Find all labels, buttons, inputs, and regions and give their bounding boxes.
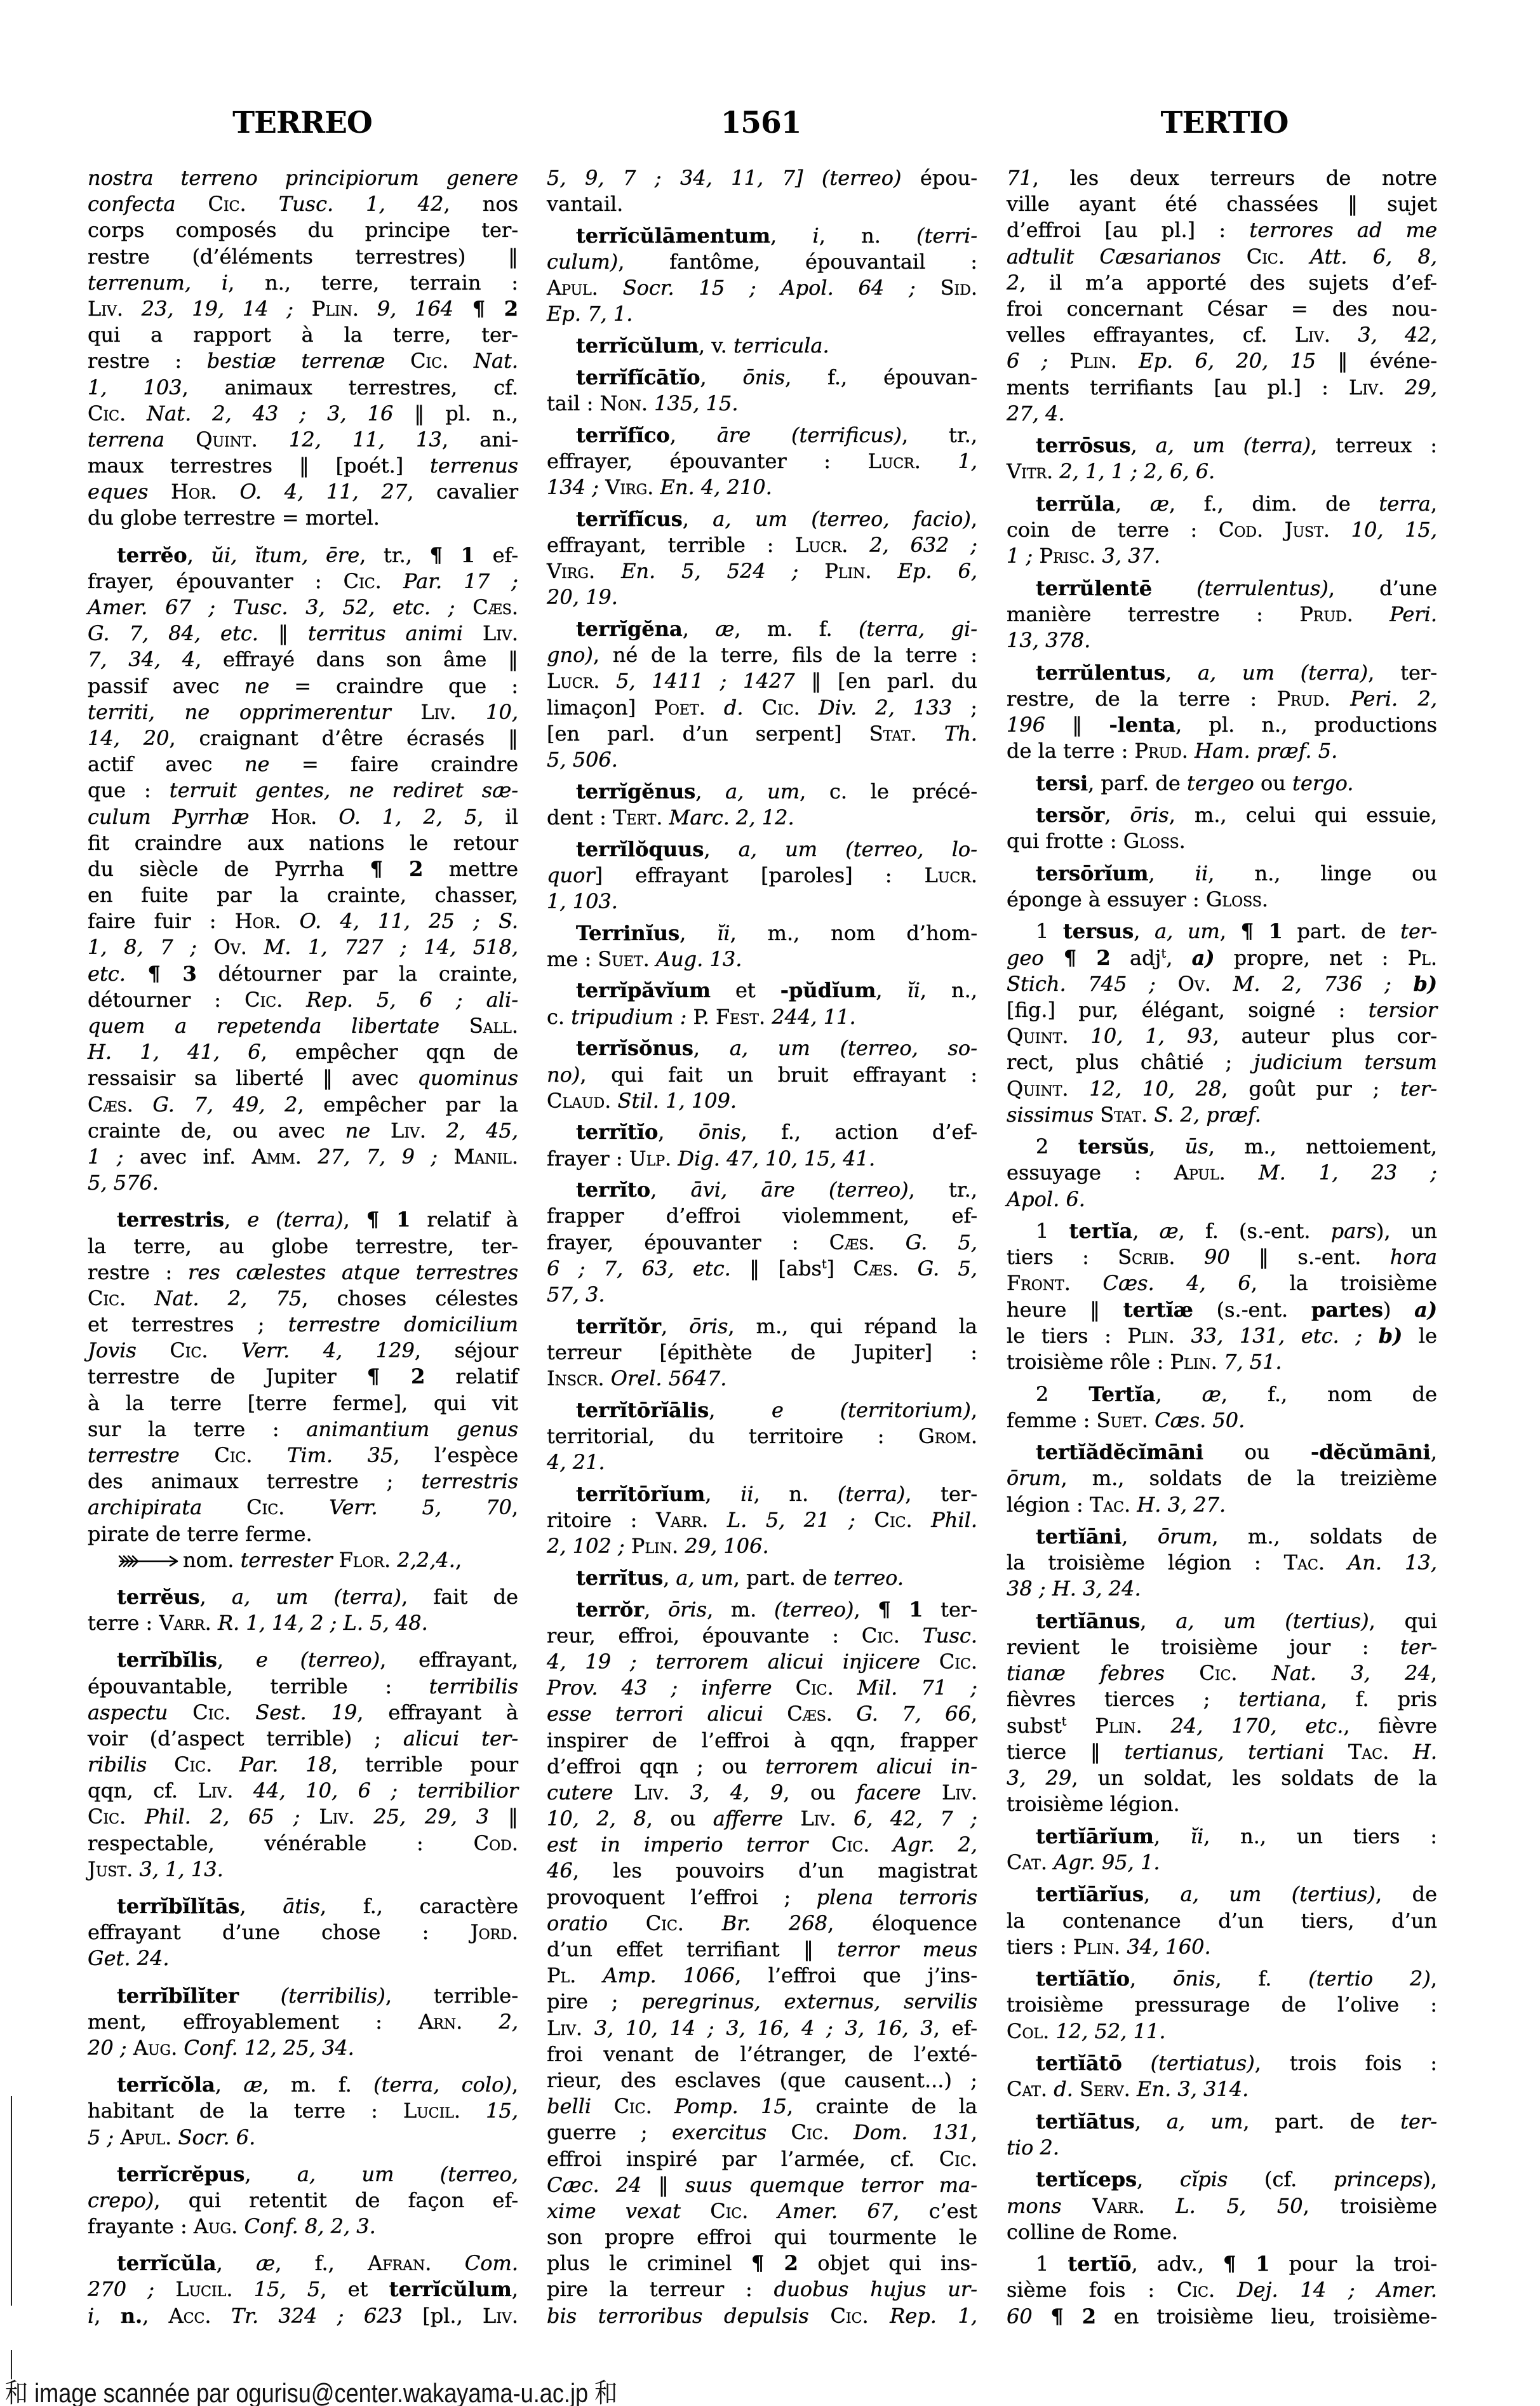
headword: terrĭbĭlis [117,1648,217,1672]
text-run: subst [1007,1714,1062,1738]
italic-run: a, um (terreo, [297,2162,518,2186]
italic-run: a, um (terreo, so- [730,1036,977,1060]
italic-run: tio 2. [1007,2135,1059,2160]
text-line: effroi inspiré par l’armée, cf. Cic. [547,2146,977,2172]
text-line: provoquent l’effroi ; plena terroris [547,1885,977,1911]
text-run [175,192,208,216]
headword: tersŭs [1078,1134,1149,1159]
text-run [803,166,821,190]
text-run: , terrible- [385,1984,518,2008]
text-run: ter- [923,1597,978,1622]
text-run: restre, de la terre : [1007,687,1277,711]
text-run [748,2199,777,2223]
italic-run: tergeo [1187,771,1254,795]
author-abbrev: Varr. [159,1611,211,1635]
dictionary-entry: tertĭădĕcĭmāni ou -dĕcŭmāni,ōrum, m., so… [1007,1439,1437,1518]
author-abbrev: Apul. [120,2125,171,2149]
text-line: 1, 103, animaux terrestres, cf. [88,375,518,401]
text-run: tiers : [1007,1245,1118,1269]
text-run: frapper d’effroi violemment, ef- [547,1204,977,1228]
text-run [233,2277,254,2301]
text-run [1330,687,1350,711]
italic-run: cĭpis [1180,2167,1228,2191]
text-run: froi concernant César = des nou- [1007,297,1437,321]
text-run [1156,972,1178,996]
italic-run: æ [1150,492,1169,516]
scan-edge-line [11,2096,12,2306]
text-run [1330,323,1358,347]
text-run: le [1402,1324,1437,1348]
italic-run: 10, [486,700,518,724]
italic-run: Nat. 2, 43 ; 3, 16 [147,401,393,426]
italic-run: 135, 15. [654,391,738,415]
text-line: Just. 3, 1, 13. [88,1857,518,1883]
text-run: , m., qui répand la [728,1314,977,1338]
italic-run: Socr. 6. [178,2125,256,2149]
text-line: tertĭădĕcĭmāni ou -dĕcŭmāni, [1007,1439,1437,1465]
text-run [354,1805,373,1829]
text-line: Vitr. 2, 1, 1 ; 2, 6, 6. [1007,459,1437,485]
author-abbrev: Suet. [1097,1408,1148,1432]
text-line: terrĭbĭlĭtās, ātis, f., caractère [88,1893,518,1919]
text-run: fièvres tierces ; [1007,1687,1239,1711]
text-run: femme : [1007,1408,1097,1432]
italic-run: 90 [1204,1245,1230,1269]
text-run: , v. [699,333,733,358]
text-run [1211,972,1233,996]
text-run [1130,1493,1137,1517]
italic-run: Dej. 14 ; Amer. [1237,2278,1437,2302]
text-run: pirate de terre ferme. [88,1522,312,1546]
text-line: 60 ¶ 2 en troisième lieu, troisième- [1007,2304,1437,2330]
italic-run: tertianus, tertiani [1125,1740,1325,1764]
sense-marker: ¶ 1 [878,1597,923,1622]
text-line: crepo), qui retentit de façon ef- [88,2188,518,2214]
text-run: des animaux terrestre ; [88,1469,421,1493]
text-line: tertĭātō (tertiatus), trois fois : [1007,2050,1437,2076]
text-line: Cic. Nat. 2, 43 ; 3, 16 ‖ pl. n., [88,401,518,427]
dictionary-column-2: 5, 9, 7 ; 34, 11, 7] (terreo) épou-vanta… [547,165,977,2329]
text-line: 196 ‖ -lenta, pl. n., productions [1007,712,1437,738]
text-line: quor] effrayant [paroles] : Lucr. [547,863,977,889]
italic-run: pars [1331,1219,1376,1243]
text-run [613,1780,634,1805]
text-run [391,1548,397,1572]
italic-run: O. 4, 11, 25 ; S. [300,909,518,933]
text-run [708,1508,727,1532]
italic-run: ōnis [743,365,786,389]
headword: terrĕo [117,543,187,567]
text-run: , pl. n., productions [1175,713,1437,737]
text-line: 7, 34, 4, effrayé dans son âme ‖ [88,647,518,673]
author-abbrev: Amm. [252,1145,302,1169]
text-line: qui a rapport à la terre, ter- [88,322,518,348]
text-line: esse terrori alicui Cæs. G. 7, 66, [547,1701,977,1727]
dictionary-entry: 1 tersus, a, um, ¶ 1 part. de ter-geo ¶ … [1007,918,1437,1128]
text-line: cutere Liv. 3, 4, 9, ou facere Liv. [547,1780,977,1806]
headword: tersōrĭum [1036,861,1149,885]
text-run: ou [1254,771,1292,795]
text-run [913,1508,932,1532]
italic-run: ōnis [699,1120,741,1144]
text-run [1117,349,1139,373]
headword: terrĭfĭcus [576,507,683,531]
text-run [1391,972,1414,996]
text-run: en troisième lieu, troisième- [1096,2304,1437,2329]
text-line: ritoire : Varr. L. 5, 21 ; Cic. Phil. [547,1507,977,1533]
text-run: , c’est [893,2199,977,2223]
headword: tertĭātĭo [1036,1966,1130,1991]
italic-run: M. 1, 727 ; 14, 518, [264,935,518,959]
text-run [233,1778,253,1803]
italic-run: Par. 17 ; [403,569,518,593]
text-line: épouvantable, terrible : terribilis [88,1674,518,1700]
text-run [669,1780,690,1805]
text-run: ef- [475,543,518,567]
italic-run: 6 ; 7, 63, etc. [547,1256,731,1280]
text-line: colline de Rome. [1007,2219,1437,2245]
author-abbrev: Claud. [547,1089,611,1113]
italic-run: adtulit Cæsarianos [1007,245,1221,269]
text-run [438,1145,453,1169]
text-run: qqn, cf. [88,1778,198,1803]
text-run [605,1366,611,1390]
italic-run: a, um (terra) [1156,433,1311,457]
dictionary-entry: 2 Tertĭa, æ, f., nom defemme : Suet. Cæs… [1007,1381,1437,1434]
text-run: qui frotte : [1007,829,1123,853]
text-run: colline de Rome. [1007,2220,1178,2244]
italic-run: 270 ; [88,2277,154,2301]
italic-run: 244, 11. [772,1005,855,1029]
text-run: , tr., [909,1178,977,1202]
author-abbrev: Arn. [418,2010,462,2034]
text-run [921,1780,942,1805]
text-run: , [854,1597,878,1622]
italic-run: 5, 1411 ; 1427 [616,669,794,693]
headword: terrĭcŭlum [576,333,699,358]
text-run [1120,1935,1127,1959]
text-run: ‖ événe- [1316,349,1437,373]
author-abbrev: Prud. [1277,687,1330,711]
text-run: heure ‖ [1007,1298,1123,1322]
text-run: [fig.] pur, élégant, soigné : [1007,998,1369,1022]
text-run: plus le criminel [547,2251,751,2275]
bold-run: -lenta [1109,713,1175,737]
dictionary-entry: tertĭāni, ōrum, m., soldats dela troisiè… [1007,1524,1437,1603]
text-line: tertĭārĭus, a, um (tertius), de [1007,1881,1437,1907]
italic-run: e (territorium) [772,1398,971,1422]
text-run [147,1752,174,1777]
dictionary-entry: terrĭgĕnus, a, um, c. le précé-dent : Te… [547,779,977,831]
text-run [855,1508,874,1532]
italic-run: crepo) [88,2188,154,2212]
sense-marker: ¶ 2 [1044,946,1111,970]
text-line: 1 ; Prisc. 3, 37. [1007,543,1437,569]
text-run [208,1338,241,1362]
text-run: , éloquence [827,1911,977,1935]
author-abbrev: Grom. [918,1424,977,1448]
italic-run: 9, 164 [377,297,453,321]
text-line: Virg. En. 5, 524 ; Plin. Ep. 6, [547,558,977,584]
text-run: ‖ [abs [731,1256,822,1280]
dictionary-entry: terrĭto, āvi, āre (terreo), tr.,frapper … [547,1177,977,1308]
author-abbrev: Cic. [939,1650,977,1674]
text-run [1069,1077,1090,1101]
text-run [671,1146,678,1171]
italic-run: terreo. [834,1566,904,1590]
italic-run: Jovis [88,1338,137,1362]
text-line: rect, plus châtié ; judicium tersum [1007,1049,1437,1075]
italic-run: cutere [547,1780,613,1805]
italic-run: Ep. 6, [898,559,977,583]
author-abbrev: Liv. [319,1805,354,1829]
italic-run: En. 4, 210. [660,475,772,499]
text-run: la terre, au globe terrestre, ter- [88,1234,518,1258]
text-run: , f., épouvan- [785,365,977,389]
text-line: Cic. Phil. 2, 65 ; Liv. 25, 29, 3 ‖ [88,1804,518,1830]
italic-run: R. 1, 14, 2 ; L. 5, 48. [218,1611,428,1635]
text-line: d’effroi qqn ; ou terrorem alicui in- [547,1754,977,1780]
text-line: femme : Suet. Cæs. 50. [1007,1408,1437,1434]
italic-run: 1, 103 [88,375,182,400]
author-abbrev: Liv. [198,1778,233,1803]
text-run [431,2251,464,2275]
italic-run: Amer. 67 ; Tusc. 3, 52, etc. ; [88,595,455,619]
text-line: terrŭla, æ, f., dim. de terra, [1007,491,1437,517]
text-run [1148,1408,1155,1432]
author-abbrev: Cic. [214,1443,252,1467]
text-run: , empêcher qqn de [261,1040,518,1064]
dictionary-entry: tersōrĭum, ii, n., linge ouéponge à essu… [1007,861,1437,913]
italic-run: Cæs. 50. [1155,1408,1245,1432]
text-line: i, n., Acc. Tr. 324 ; 623 [pl., Liv. [88,2303,518,2329]
text-run: , [680,921,717,945]
text-run: 2 [1036,1134,1078,1159]
text-run [591,2094,613,2118]
author-abbrev: Cæs. [829,1230,875,1254]
italic-run: 1 ; [1007,544,1033,568]
sense-letter: b) [1379,1324,1403,1348]
text-run: , il m’a apporté des sujets d’ef- [1019,271,1437,295]
author-abbrev: Cic. [614,2094,652,2118]
sense-marker: ¶ 2 [1033,2304,1096,2329]
author-abbrev: Apul. [1174,1160,1226,1185]
text-run: , de [1376,1882,1437,1906]
italic-run: Get. 24. [88,1946,170,1970]
italic-run: Tr. 324 ; 623 [231,2304,403,2328]
text-run: (cf. [1228,2167,1334,2191]
text-run: , [1144,1882,1181,1906]
text-run [177,2036,184,2060]
italic-run: ter- [1400,1077,1437,1101]
text-run [917,722,944,746]
text-run: limaçon] [547,696,654,720]
text-line: substt Plin. 24, 170, etc., fièvre [1007,1713,1437,1739]
dictionary-entry: tertĭānus, a, um (tertius), quirevient l… [1007,1608,1437,1818]
italic-run: M. 1, 23 ; [1259,1160,1437,1185]
italic-run: gno) [547,643,593,667]
italic-run: ātis [283,1894,320,1918]
text-line: tersŏr, ōris, m., celui qui essuie, [1007,802,1437,828]
italic-run: An. 13, [1348,1550,1437,1575]
italic-run: terrestris [421,1469,518,1493]
text-line: ville ayant été chassées ‖ sujet [1007,191,1437,217]
author-abbrev: Acc. [169,2304,211,2328]
text-run: , troisième [1303,2194,1437,2218]
text-line: 20 ; Aug. Conf. 12, 25, 34. [88,2035,518,2061]
author-abbrev: Plin. [1073,1935,1120,1959]
text-run: tail : [547,391,600,415]
text-run [1047,1850,1054,1874]
text-run: , [455,1548,462,1572]
italic-run: Amp. 1066 [603,1963,735,1987]
italic-run: 134 ; [547,475,599,499]
text-run: et [711,978,780,1002]
italic-run: 3, 1, 13. [139,1857,223,1881]
italic-run: Ham. præf. 5. [1195,739,1337,763]
text-line: d’effroi [au pl.] : terrores ad me [1007,217,1437,243]
italic-run: æ [243,2073,262,2097]
text-run: sième fois : [1007,2278,1177,2302]
italic-run: En. 5, 524 ; [621,559,798,583]
text-run: = craindre que : [269,674,518,698]
italic-run: Phil. 2, 65 ; [145,1805,300,1829]
headword: terrĭfĭcātĭo [576,365,700,389]
italic-run: a, um [725,779,800,803]
headword: terrĭtōrĭum [576,1482,705,1506]
text-run: , m., soldats de [1212,1524,1437,1549]
text-run: , tr., [902,423,977,447]
text-run [217,480,240,504]
italic-run: ĭi [717,921,730,945]
dictionary-entry: terrĭfĭco, āre (terrificus), tr.,effraye… [547,422,977,501]
italic-run: 27, 4. [1007,401,1065,426]
dictionary-entry: terrĭtus, a, um, part. de terreo. [547,1565,977,1591]
text-run [211,2304,231,2328]
italic-run: Stich. 745 ; [1007,972,1156,996]
italic-run: 1 ; [88,1145,124,1169]
text-run: territorial, du territoire : [547,1424,918,1448]
text-line: confecta Cic. Tusc. 1, 42, nos [88,191,518,217]
guide-word-left: TERREO [232,105,372,141]
bold-run: terrĭcŭlum [389,2277,512,2301]
text-line: terrĭgĕna, æ, m. f. (terra, gi- [547,616,977,642]
italic-run: (tertiatus) [1151,2051,1255,2075]
italic-run: terrenus [430,454,518,478]
text-run: [en parl. d’un serpent] [547,722,869,746]
dictionary-entry: terrŭla, æ, f., dim. de terra,coin de te… [1007,491,1437,570]
text-line: 2, 102 ; Plin. 29, 106. [547,1533,977,1559]
text-line: terrestre Cic. Tim. 35, l’espèce [88,1442,518,1468]
text-run: que : [88,778,170,802]
italic-run: ōrum [1007,1466,1061,1490]
headword: terrĭlŏquus [576,837,704,861]
text-run: , [1122,1524,1158,1549]
text-line: Cat. d. Serv. En. 3, 314. [1007,2076,1437,2102]
text-run [171,2125,178,2149]
text-line: eques Hor. O. 4, 11, 27, cavalier [88,479,518,505]
text-line: 134 ; Virg. En. 4, 210. [547,474,977,501]
text-run: qui a rapport à la terre, ter- [88,323,518,347]
italic-run: 1, 8, 7 ; [88,935,197,959]
text-line: Lucr. 5, 1411 ; 1427 ‖ [en parl. du [547,668,977,694]
text-run [809,2304,831,2328]
text-run: , [1166,946,1191,970]
italic-run: 7, 51. [1224,1350,1282,1374]
text-line: 46, les pouvoirs d’un magistrat [547,1858,977,1884]
text-line: vantail. [547,191,977,217]
text-run: son propre effroi qui tourmente le [547,2225,977,2249]
text-run: , les deux terreurs de notre [1033,166,1437,190]
author-abbrev: Tac. [1348,1740,1389,1764]
text-run [808,1832,831,1857]
text-run [1073,2077,1080,2101]
text-line: tertĭānus, a, um (tertius), qui [1007,1608,1437,1634]
text-run: , [1431,492,1437,516]
text-run: troisième rôle : [1007,1350,1170,1374]
text-run: frayante : [88,2214,194,2238]
author-abbrev: Ov. [214,935,247,959]
italic-run: 25, 29, 3 [373,1805,489,1829]
italic-run: est in imperio terror [547,1832,808,1857]
author-abbrev: Varr. [1092,2194,1144,2218]
italic-run: ōnis [1173,1966,1215,1991]
italic-run: Par. 18 [239,1752,331,1777]
author-abbrev: Gloss. [1206,887,1268,911]
sense-marker: ¶ 1 [430,543,475,567]
author-abbrev: Cic. [762,696,800,720]
text-run [1122,2051,1151,2075]
text-run: , [1149,861,1195,885]
italic-run: 10, 15, [1351,518,1437,542]
text-run: terre : [88,1611,159,1635]
headword: tersŏr [1036,803,1104,827]
text-run [1062,2194,1093,2218]
text-line: manière terrestre : Prud. Peri. [1007,601,1437,628]
text-run: troisième légion. [1007,1792,1180,1816]
text-run: , nos [444,192,519,216]
author-abbrev: Liv. [1349,375,1384,400]
italic-run: ōris [668,1597,707,1622]
text-run: c. [547,1005,571,1029]
text-line: terrĭtōrĭālis, e (territorium), [547,1397,977,1423]
italic-run: 10, 1, 93 [1091,1024,1213,1048]
text-run: coin de terre : [1007,518,1219,542]
text-run: ‖ s.-ent. [1230,1245,1390,1269]
italic-run: 12, 11, 13 [289,427,442,452]
dictionary-entry: tersŏr, ōris, m., celui qui essuie,qui f… [1007,802,1437,854]
dictionary-entry: terrĭbĭlis, e (terreo), effrayant,épouva… [88,1647,518,1883]
italic-run: G. 5, [918,1256,977,1280]
italic-run: exercitus [672,2120,767,2144]
italic-run: terrena [88,427,164,452]
text-line: Front. Cæs. 4, 6, la troisième [1007,1270,1437,1296]
text-line: et terrestres ; terrestre domicilium [88,1312,518,1338]
italic-run: quominus [417,1066,518,1090]
text-run: , [876,978,907,1002]
text-line: quem a repetenda libertate Sall. [88,1013,518,1039]
italic-run: terribilis [429,1674,518,1698]
text-run: ville ayant été chassées ‖ sujet [1007,192,1437,216]
text-line: inspirer de l’effroi à qqn, frapper [547,1728,977,1754]
italic-run: ter- [1400,1635,1437,1659]
italic-run: a, um (terreo, lo- [739,837,977,861]
author-abbrev: Cic. [410,349,448,373]
author-abbrev: Cic. [874,1508,913,1532]
text-line: effrayer, épouvanter : Lucr. 1, [547,448,977,474]
italic-run: 27, 7, 9 ; [318,1145,438,1169]
text-run: , [1134,919,1155,943]
